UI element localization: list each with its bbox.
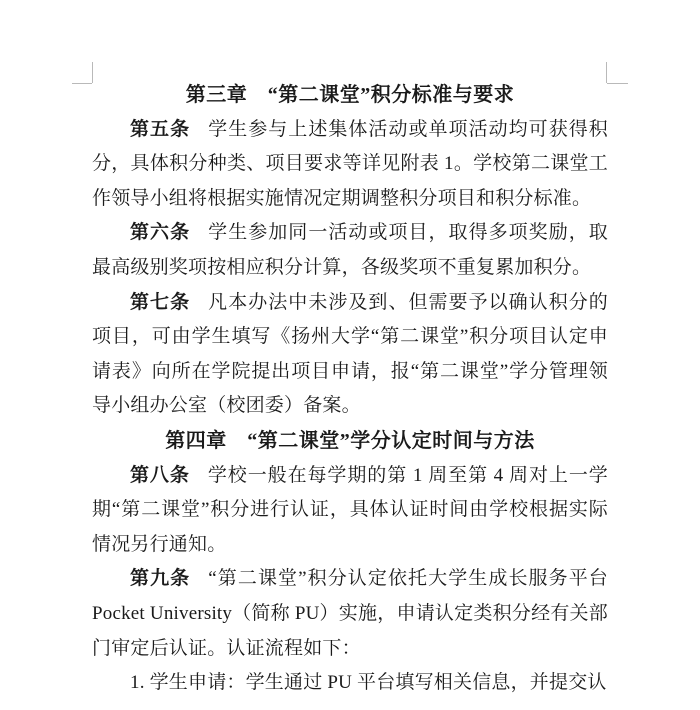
text-boundary-mark-top-left-horizontal [72, 83, 92, 84]
document-page: 第三章 “第二课堂”积分标准与要求 第五条学生参与上述集体活动或单项活动均可获得… [0, 0, 700, 710]
article-7-number: 第七条 [130, 292, 190, 313]
article-6-paragraph: 第六条学生参加同一活动或项目，取得多项奖励，取最高级别奖项按相应积分计算，各级奖… [92, 216, 608, 285]
article-8-paragraph: 第八条学校一般在每学期的第 1 周至第 4 周对上一学期“第二课堂”积分进行认证… [92, 459, 608, 563]
article-9-number: 第九条 [130, 568, 190, 589]
article-6-number: 第六条 [130, 222, 190, 243]
article-5-paragraph: 第五条学生参与上述集体活动或单项活动均可获得积分，具体积分种类、项目要求等详见附… [92, 113, 608, 217]
article-5-number: 第五条 [130, 119, 190, 140]
text-boundary-mark-top-right-horizontal [607, 83, 628, 84]
document-content: 第三章 “第二课堂”积分标准与要求 第五条学生参与上述集体活动或单项活动均可获得… [92, 78, 608, 701]
procedure-step-1: 1. 学生申请：学生通过 PU 平台填写相关信息，并提交认 [92, 666, 608, 701]
chapter-4-heading: 第四章 “第二课堂”学分认定时间与方法 [92, 424, 608, 459]
article-7-paragraph: 第七条凡本办法中未涉及到、但需要予以确认积分的项目，可由学生填写《扬州大学“第二… [92, 286, 608, 424]
article-8-number: 第八条 [130, 465, 190, 486]
chapter-3-heading: 第三章 “第二课堂”积分标准与要求 [92, 78, 608, 113]
article-9-paragraph: 第九条“第二课堂”积分认定依托大学生成长服务平台 Pocket Universi… [92, 562, 608, 666]
